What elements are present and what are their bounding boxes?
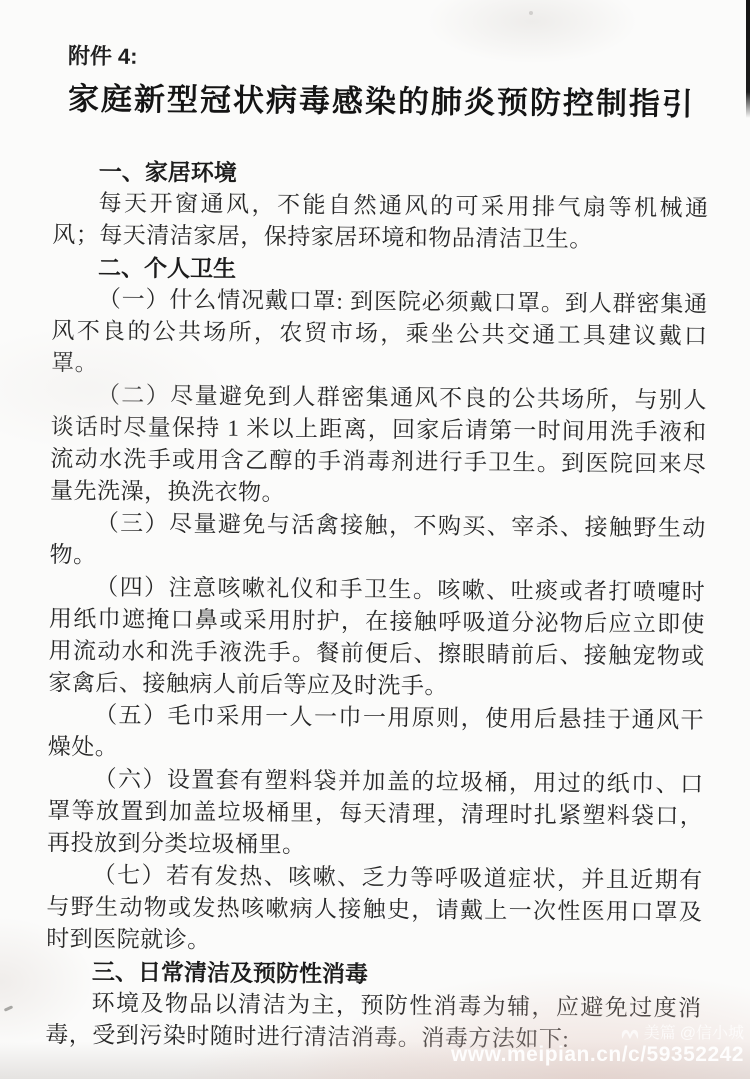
- watermark-brand: 美篇: [644, 1025, 676, 1043]
- paragraph: （五）毛巾采用一人一巾一用原则，使用后悬挂于通风干燥处。: [48, 699, 705, 769]
- attachment-label: 附件 4:: [54, 41, 710, 77]
- paragraph: （七）若有发热、咳嗽、乏力等呼吸道症状，并且近期有与野生动物或发热咳嗽病人接触史…: [46, 859, 703, 961]
- watermark-handle: @信小城: [680, 1025, 744, 1043]
- document-title: 家庭新型冠状病毒感染的肺炎预防控制指引: [53, 77, 709, 127]
- paragraph: （一）什么情况戴口罩: 到医院必须戴口罩。到人群密集通风不良的公共场所，农贸市场…: [51, 283, 708, 385]
- paragraph: 每天开窗通风，不能自然通风的可采用排气扇等机械通风；每天清洁家居，保持家居环境和…: [52, 187, 709, 257]
- watermark-brand-row: 美篇 @信小城: [451, 1025, 744, 1043]
- meipian-watermark: 美篇 @信小城 www.meipian.cn/c/59352242: [451, 1025, 744, 1067]
- paragraph: （六）设置套有塑料袋并加盖的垃圾桶，用过的纸巾、口罩等放置到加盖垃圾桶里，每天清…: [47, 763, 704, 865]
- paragraph: （四）注意咳嗽礼仪和手卫生。咳嗽、吐痰或者打喷嚏时用纸巾遮掩口鼻或采用肘护，在接…: [48, 571, 705, 705]
- scan-edge-shadow: [746, 0, 750, 118]
- paragraph: （二）尽量避免到人群密集通风不良的公共场所，与别人谈话时尽量保持 1 米以上距离…: [50, 379, 707, 513]
- document-body: 一、家居环境每天开窗通风，不能自然通风的可采用排气扇等机械通风；每天清洁家居，保…: [45, 155, 709, 1057]
- document-page: 附件 4: 家庭新型冠状病毒感染的肺炎预防控制指引 一、家居环境每天开窗通风，不…: [45, 41, 710, 1057]
- watermark-url: www.meipian.cn/c/59352242: [451, 1043, 744, 1067]
- meipian-logo-icon: [620, 1026, 640, 1042]
- paragraph: （三）尽量避免与活禽接触，不购买、宰杀、接触野生动物。: [49, 507, 706, 577]
- scan-speck: [4, 1005, 13, 1011]
- scan-speck-small: [529, 11, 533, 15]
